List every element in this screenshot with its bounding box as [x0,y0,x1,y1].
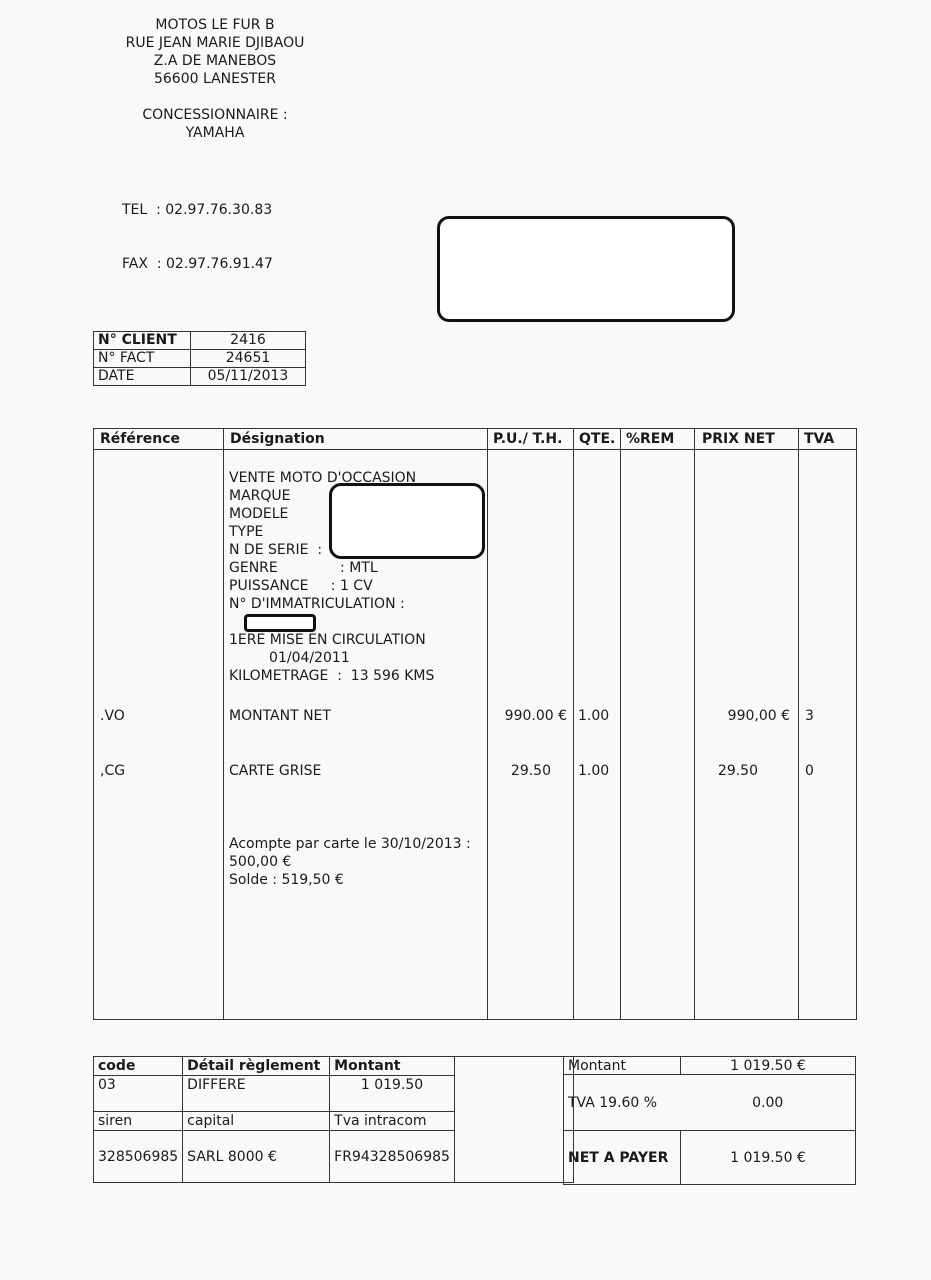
row1-qte: 1.00 [578,707,609,725]
row1-prix-net: 990,00 € [694,707,790,725]
siren-value: 328506985 [94,1131,183,1183]
fact-value: 24651 [191,350,306,368]
totals-table: Montant 1 019.50 € TVA 19.60 % 0.00 NET … [563,1056,856,1185]
pay-header-amount: Montant [330,1057,455,1076]
row1-tva: 3 [805,707,814,725]
header-qte: QTE. [579,429,615,449]
capital-value: SARL 8000 € [183,1131,330,1183]
header-prix-net: PRIX NET [702,429,775,449]
company-header: MOTOS LE FUR B RUE JEAN MARIE DJIBAOU Z.… [100,16,330,142]
pay-header-code: code [94,1057,183,1076]
header-reference: Référence [100,429,180,449]
items-table: Référence Désignation P.U./ T.H. QTE. %R… [93,428,857,1020]
company-zone: Z.A DE MANEBOS [100,52,330,70]
fax: FAX : 02.97.76.91.47 [122,255,273,273]
header-designation: Désignation [230,429,325,449]
row2-prix-net: 29.50 [694,762,758,780]
pay-header-detail: Détail règlement [183,1057,330,1076]
tva-intracom-label: Tva intracom [330,1112,455,1131]
company-city: 56600 LANESTER [100,70,330,88]
row2-tva: 0 [805,762,814,780]
phone: TEL : 02.97.76.30.83 [122,201,273,219]
company-name: MOTOS LE FUR B [100,16,330,34]
row2-designation: CARTE GRISE [229,762,321,780]
invoice-info-table: N° CLIENT2416 N° FACT24651 DATE05/11/201… [93,331,306,386]
dealer-label: CONCESSIONNAIRE : [100,106,330,124]
fact-label: N° FACT [94,350,191,368]
payment-table: code Détail règlement Montant 03 DIFFERE… [93,1056,574,1183]
pay-detail: DIFFERE [183,1076,330,1112]
pay-amount: 1 019.50 [330,1076,455,1112]
row2-qte: 1.00 [578,762,609,780]
row1-ref: .VO [100,707,125,725]
client-value: 2416 [191,332,306,350]
dealer-brand: YAMAHA [100,124,330,142]
tva-label: TVA 19.60 % [564,1075,681,1131]
siren-label: siren [94,1112,183,1131]
net-label: NET A PAYER [564,1131,681,1185]
row2-pu: 29.50 [487,762,551,780]
pay-code: 03 [94,1076,183,1112]
header-tva: TVA [804,429,834,449]
redacted-registration [244,614,316,632]
row2-ref: ,CG [100,762,125,780]
row1-designation: MONTANT NET [229,707,331,725]
net-value: 1 019.50 € [681,1131,856,1185]
redacted-address-box [437,216,735,322]
header-pu: P.U./ T.H. [493,429,562,449]
montant-value: 1 019.50 € [681,1057,856,1075]
client-label: N° CLIENT [94,332,191,350]
tva-intracom-value: FR94328506985 [330,1131,455,1183]
contact-info: TEL : 02.97.76.30.83 FAX : 02.97.76.91.4… [122,165,273,291]
deposit-note: Acompte par carte le 30/10/2013 : 500,00… [229,835,471,889]
date-value: 05/11/2013 [191,368,306,386]
montant-label: Montant [564,1057,681,1075]
company-street: RUE JEAN MARIE DJIBAOU [100,34,330,52]
capital-label: capital [183,1112,330,1131]
date-label: DATE [94,368,191,386]
redacted-vehicle-info [329,483,485,559]
tva-value: 0.00 [681,1075,856,1131]
header-rem: %REM [626,429,674,449]
row1-pu: 990.00 € [487,707,567,725]
